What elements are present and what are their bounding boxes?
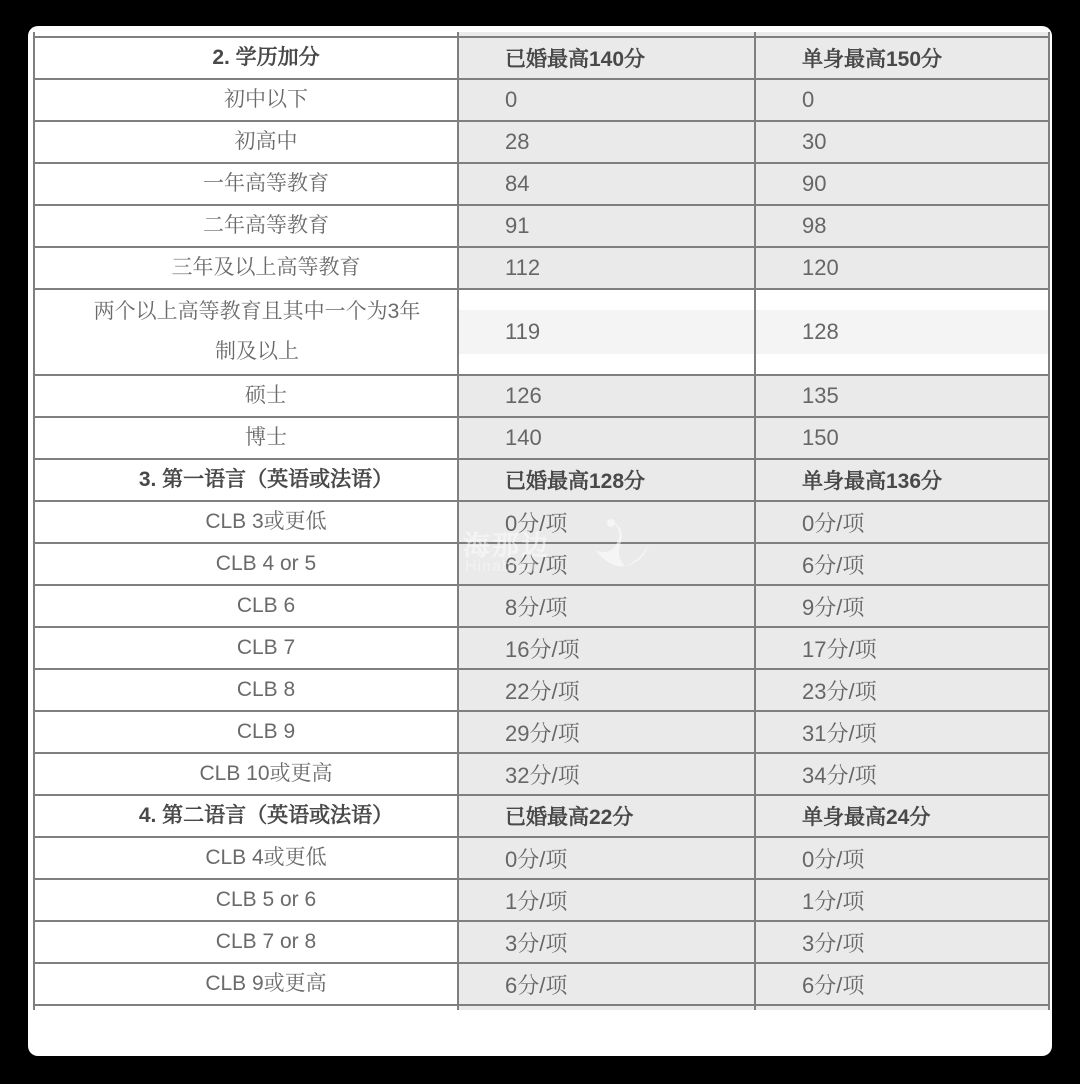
married-value: 91	[458, 205, 755, 247]
married-max: 已婚最高22分	[458, 795, 755, 837]
row-label: CLB 4 or 5	[34, 543, 458, 585]
single-max: 单身最高24分	[755, 795, 1049, 837]
married-value: 32分/项	[458, 753, 755, 795]
single-value: 3分/项	[755, 921, 1049, 963]
row-label: CLB 4或更低	[34, 837, 458, 879]
table-row: CLB 8 22分/项 23分/项	[34, 669, 1049, 711]
single-value: 1分/项	[755, 879, 1049, 921]
section-title: 3. 第一语言（英语或法语）	[34, 459, 458, 501]
table-row: 一年高等教育 84 90	[34, 163, 1049, 205]
row-label: CLB 9	[34, 711, 458, 753]
table-row: CLB 10或更高 32分/项 34分/项	[34, 753, 1049, 795]
single-max: 单身最高150分	[755, 37, 1049, 79]
row-label: CLB 10或更高	[34, 753, 458, 795]
married-max: 已婚最高140分	[458, 37, 755, 79]
single-value: 0分/项	[755, 837, 1049, 879]
table-row: 博士 140 150	[34, 417, 1049, 459]
row-label: CLB 3或更低	[34, 501, 458, 543]
section-header-row: 3. 第一语言（英语或法语） 已婚最高128分 单身最高136分	[34, 459, 1049, 501]
married-value: 119	[458, 289, 755, 375]
married-value: 22分/项	[458, 669, 755, 711]
table-row: CLB 7 16分/项 17分/项	[34, 627, 1049, 669]
table-row: CLB 5 or 6 1分/项 1分/项	[34, 879, 1049, 921]
married-value: 16分/项	[458, 627, 755, 669]
married-value: 84	[458, 163, 755, 205]
married-max: 已婚最高128分	[458, 459, 755, 501]
single-value: 9分/项	[755, 585, 1049, 627]
table-row: CLB 6 8分/项 9分/项	[34, 585, 1049, 627]
row-label: CLB 8	[34, 669, 458, 711]
single-value: 23分/项	[755, 669, 1049, 711]
row-label: 三年及以上高等教育	[34, 247, 458, 289]
table-row: CLB 9或更高 6分/项 6分/项	[34, 963, 1049, 1005]
married-value: 0分/项	[458, 501, 755, 543]
cropped-cell	[34, 1005, 458, 1010]
row-label: CLB 7	[34, 627, 458, 669]
married-value: 0分/项	[458, 837, 755, 879]
single-value: 98	[755, 205, 1049, 247]
married-value: 112	[458, 247, 755, 289]
table-row: CLB 3或更低 0分/项 0分/项	[34, 501, 1049, 543]
row-label: CLB 5 or 6	[34, 879, 458, 921]
married-value: 6分/项	[458, 963, 755, 1005]
single-value: 0	[755, 79, 1049, 121]
table-row-tall: 两个以上高等教育且其中一个为3年制及以上 119 128	[34, 289, 1049, 375]
single-value: 128	[755, 289, 1049, 375]
married-value: 1分/项	[458, 879, 755, 921]
screenshot-card: 2. 学历加分 已婚最高140分 单身最高150分 初中以下 0 0 初高中 2…	[28, 26, 1052, 1056]
single-value: 150	[755, 417, 1049, 459]
table-row: CLB 9 29分/项 31分/项	[34, 711, 1049, 753]
row-label: 初高中	[34, 121, 458, 163]
section-title: 2. 学历加分	[34, 37, 458, 79]
single-value: 6分/项	[755, 543, 1049, 585]
row-label: CLB 6	[34, 585, 458, 627]
married-value: 126	[458, 375, 755, 417]
row-label: 博士	[34, 417, 458, 459]
table-row: 二年高等教育 91 98	[34, 205, 1049, 247]
row-label: CLB 9或更高	[34, 963, 458, 1005]
row-label: 二年高等教育	[34, 205, 458, 247]
single-value: 34分/项	[755, 753, 1049, 795]
section-header-row: 2. 学历加分 已婚最高140分 单身最高150分	[34, 37, 1049, 79]
section-title: 4. 第二语言（英语或法语）	[34, 795, 458, 837]
cropped-cell	[755, 1005, 1049, 1010]
single-max: 单身最高136分	[755, 459, 1049, 501]
row-label: 硕士	[34, 375, 458, 417]
single-value: 135	[755, 375, 1049, 417]
married-value: 6分/项	[458, 543, 755, 585]
table-row: 初高中 28 30	[34, 121, 1049, 163]
married-value: 0	[458, 79, 755, 121]
table-row: 初中以下 0 0	[34, 79, 1049, 121]
row-label: 两个以上高等教育且其中一个为3年制及以上	[34, 289, 458, 375]
row-label: 初中以下	[34, 79, 458, 121]
row-label: 一年高等教育	[34, 163, 458, 205]
cropped-row-bottom	[34, 1005, 1049, 1010]
married-value: 29分/项	[458, 711, 755, 753]
single-value: 0分/项	[755, 501, 1049, 543]
section-header-row: 4. 第二语言（英语或法语） 已婚最高22分 单身最高24分	[34, 795, 1049, 837]
single-value: 31分/项	[755, 711, 1049, 753]
married-value: 8分/项	[458, 585, 755, 627]
table-row: CLB 4 or 5 6分/项 6分/项	[34, 543, 1049, 585]
single-value: 17分/项	[755, 627, 1049, 669]
married-value: 3分/项	[458, 921, 755, 963]
married-value: 140	[458, 417, 755, 459]
single-value: 30	[755, 121, 1049, 163]
table-row: CLB 4或更低 0分/项 0分/项	[34, 837, 1049, 879]
married-value: 28	[458, 121, 755, 163]
table-row: 三年及以上高等教育 112 120	[34, 247, 1049, 289]
single-value: 120	[755, 247, 1049, 289]
cropped-cell	[458, 1005, 755, 1010]
points-table: 2. 学历加分 已婚最高140分 单身最高150分 初中以下 0 0 初高中 2…	[33, 32, 1050, 1010]
row-label: CLB 7 or 8	[34, 921, 458, 963]
single-value: 90	[755, 163, 1049, 205]
table-row: 硕士 126 135	[34, 375, 1049, 417]
single-value: 6分/项	[755, 963, 1049, 1005]
table-row: CLB 7 or 8 3分/项 3分/项	[34, 921, 1049, 963]
